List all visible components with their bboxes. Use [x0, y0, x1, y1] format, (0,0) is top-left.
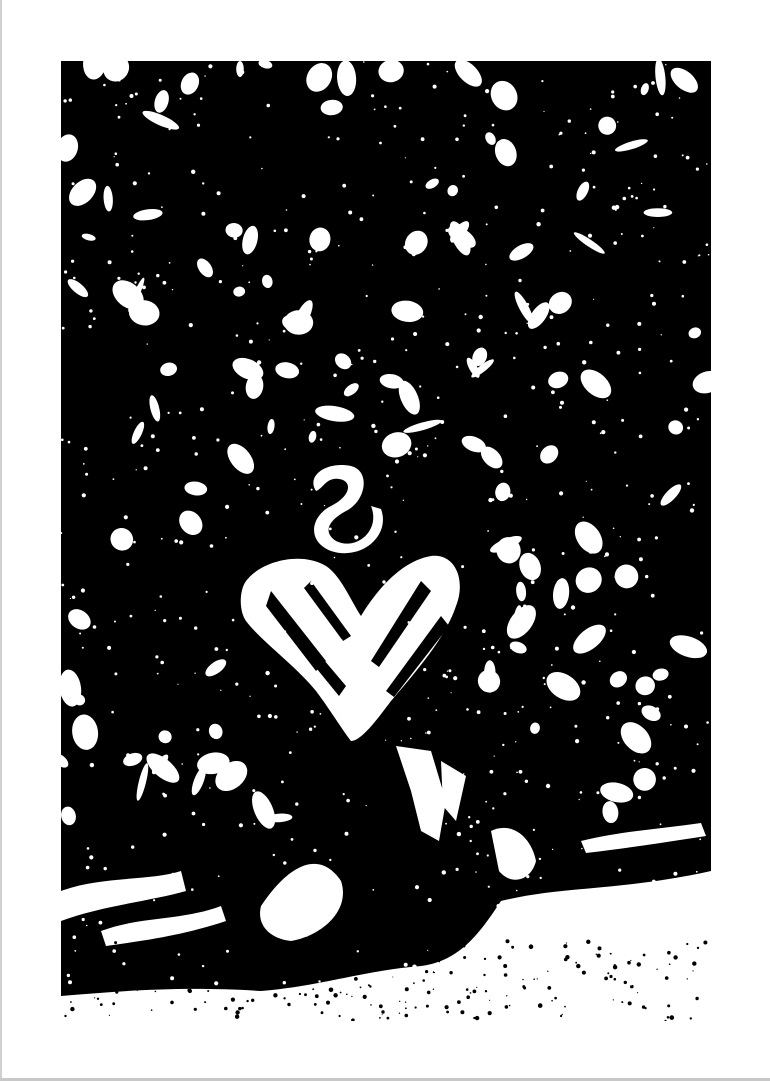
abstract-print-canvas [61, 61, 711, 1021]
artwork-print [61, 61, 711, 1021]
frame-left-edge [0, 0, 2, 1081]
